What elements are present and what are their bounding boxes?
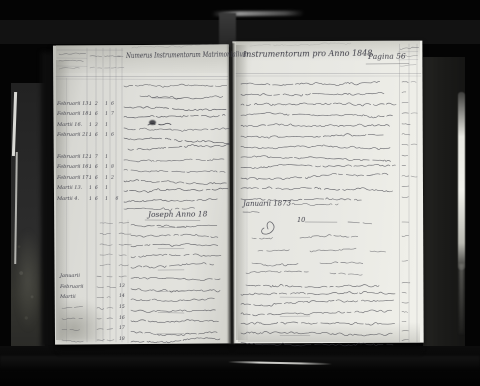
film-strip-blotch bbox=[14, 228, 42, 332]
handwriting-text: 17 bbox=[119, 326, 125, 331]
handwriting-text: 12 16 bbox=[89, 102, 117, 107]
handwriting-text: Martii 13. bbox=[57, 185, 82, 191]
handwriting-text: Februarii bbox=[60, 284, 84, 290]
handwriting-text: 13 1 bbox=[89, 123, 111, 128]
stain-right-page-gutter bbox=[236, 45, 248, 340]
stain-right-page-bottom bbox=[238, 322, 420, 342]
handwriting-text: Martii 4. bbox=[57, 196, 79, 202]
left-header-script: Numerus Instrumentorum Matrimonialium bbox=[126, 50, 248, 60]
handwriting-text: 15 bbox=[119, 305, 125, 310]
handwriting-text: Februarii 12. bbox=[57, 154, 90, 160]
handwriting-text: Februarii 21. bbox=[57, 132, 90, 138]
handwriting-text: 14 bbox=[119, 294, 125, 299]
stain-left-page-corner bbox=[58, 298, 110, 342]
handwriting-text: 16 bbox=[119, 316, 125, 321]
handwriting-text: 16 1 bbox=[89, 186, 111, 191]
handwriting-text: Januarii bbox=[60, 273, 80, 279]
handwriting-text: Februarii 13. bbox=[57, 101, 90, 107]
handwriting-text: Februarii 17. bbox=[57, 175, 90, 181]
handwriting-text: 16 17 bbox=[89, 112, 117, 117]
page-gutter bbox=[227, 43, 235, 344]
handwriting-text: 16 16 bbox=[89, 133, 117, 138]
page-number-label: Pagina 56 bbox=[368, 52, 406, 61]
right-header-script: Instrumentorum pro Anno 1848 bbox=[243, 49, 372, 59]
mid-date-note: Januarii 1873 bbox=[243, 199, 291, 208]
handwriting-text: 18 bbox=[119, 337, 125, 342]
handwriting-text: 13 bbox=[119, 284, 125, 289]
handwriting-text: Februarii 16. bbox=[57, 164, 90, 170]
handwriting-text: Februarii 18. bbox=[57, 111, 90, 117]
right-page bbox=[232, 41, 423, 344]
ink-blot bbox=[149, 120, 156, 125]
handwriting-text: 17 1 bbox=[89, 155, 111, 160]
scanned-register-photo: Numerus Instrumentorum Matrimonialium In… bbox=[0, 0, 480, 386]
handwriting-text: Martii bbox=[60, 294, 76, 300]
handwriting-text: Martii 16. bbox=[57, 122, 82, 128]
center-note: Joseph Anno 18 bbox=[148, 209, 207, 219]
handwriting-text: 16 18 bbox=[89, 165, 117, 170]
light-streak-right-tail bbox=[459, 264, 464, 334]
flourish-number: 10 bbox=[297, 216, 305, 224]
handwriting-text: 16 12 bbox=[89, 176, 117, 181]
handwriting-text: 16 1 6 bbox=[89, 197, 121, 202]
light-streak-right bbox=[458, 92, 465, 270]
